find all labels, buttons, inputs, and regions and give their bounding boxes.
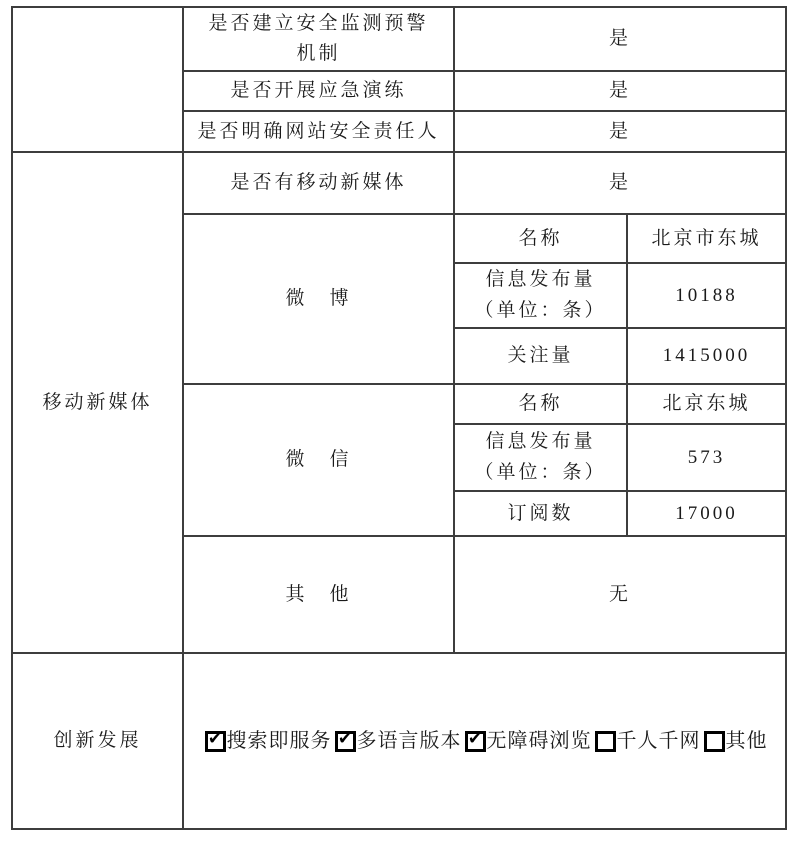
option-label: 多语言版本 [357,726,462,757]
value-cell-has-new-media: 是 [454,152,786,214]
label-line: 是否建立安全监测预警 [184,9,453,39]
label-line: 信息发布量 [455,427,626,457]
table-row: 创新发展 ✔搜索即服务 ✔多语言版本 ✔无障碍浏览 千人千网 其他 [12,653,786,829]
value-cell-weibo-followers: 1415000 [627,328,786,384]
label-line: （单位：条） [455,458,626,488]
label-cell-wechat-posts: 信息发布量 （单位：条） [454,424,627,491]
checkbox-personalized-icon[interactable] [595,731,616,752]
option-search-as-service: ✔搜索即服务 [202,726,332,757]
innovation-section-header-cell: 创新发展 [12,653,183,829]
option-multilingual: ✔多语言版本 [332,726,462,757]
label-cell-emergency-drill: 是否开展应急演练 [183,71,454,111]
value-cell-wechat-subscribers: 17000 [627,491,786,536]
label-cell-weibo-posts: 信息发布量 （单位：条） [454,263,627,328]
security-section-header-cell [12,7,183,152]
check-icon: ✔ [468,731,482,748]
table-row: 移动新媒体 是否有移动新媒体 是 [12,152,786,214]
option-personalized: 千人千网 [592,726,701,757]
label-cell-weibo-name: 名称 [454,214,627,263]
value-cell-security-monitoring: 是 [454,7,786,71]
option-label: 无障碍浏览 [487,726,592,757]
innovation-options-cell: ✔搜索即服务 ✔多语言版本 ✔无障碍浏览 千人千网 其他 [183,653,786,829]
label-cell-wechat-subscribers: 订阅数 [454,491,627,536]
annual-report-table: 是否建立安全监测预警 机制 是 是否开展应急演练 是 是否明确网站安全责任人 是… [11,6,787,830]
option-label: 搜索即服务 [227,726,332,757]
value-cell-emergency-drill: 是 [454,71,786,111]
value-cell-weibo-name: 北京市东城 [627,214,786,263]
checkbox-accessibility-icon[interactable]: ✔ [465,731,486,752]
label-cell-has-new-media: 是否有移动新媒体 [183,152,454,214]
label-cell-weibo-followers: 关注量 [454,328,627,384]
value-cell-security-responsible: 是 [454,111,786,152]
mobile-section-header-cell: 移动新媒体 [12,152,183,653]
weibo-header-cell: 微 博 [183,214,454,384]
value-cell-wechat-name: 北京东城 [627,384,786,424]
option-other: 其他 [701,726,768,757]
innovation-options-row: ✔搜索即服务 ✔多语言版本 ✔无障碍浏览 千人千网 其他 [184,726,785,757]
option-label: 其他 [726,726,768,757]
option-label: 千人千网 [617,726,701,757]
check-icon: ✔ [208,731,222,748]
value-cell-wechat-posts: 573 [627,424,786,491]
label-cell-security-monitoring: 是否建立安全监测预警 机制 [183,7,454,71]
other-media-header-cell: 其 他 [183,536,454,653]
label-cell-wechat-name: 名称 [454,384,627,424]
value-cell-other-media: 无 [454,536,786,653]
option-accessibility: ✔无障碍浏览 [462,726,592,757]
checkbox-multilingual-icon[interactable]: ✔ [335,731,356,752]
table-row: 是否建立安全监测预警 机制 是 [12,7,786,71]
label-line: 信息发布量 [455,265,626,295]
wechat-header-cell: 微 信 [183,384,454,536]
check-icon: ✔ [338,731,352,748]
report-page: 是否建立安全监测预警 机制 是 是否开展应急演练 是 是否明确网站安全责任人 是… [0,0,800,849]
checkbox-other-icon[interactable] [704,731,725,752]
label-cell-security-responsible: 是否明确网站安全责任人 [183,111,454,152]
label-line: （单位：条） [455,296,626,326]
checkbox-search-as-service-icon[interactable]: ✔ [205,731,226,752]
label-line: 机制 [184,39,453,69]
value-cell-weibo-posts: 10188 [627,263,786,328]
